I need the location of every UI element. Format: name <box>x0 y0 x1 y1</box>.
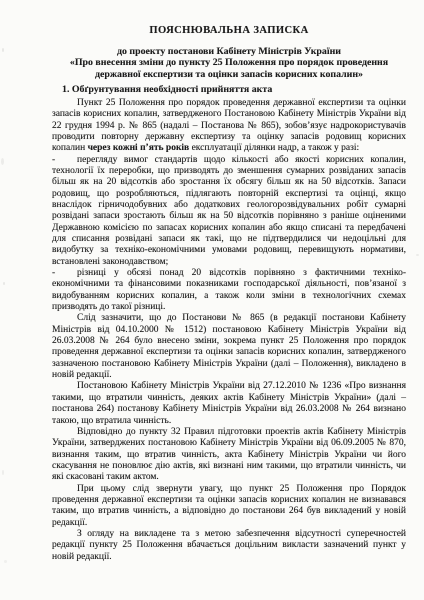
document-content: ПОЯСНЮВАЛЬНА ЗАПИСКА до проекту постанов… <box>52 25 406 563</box>
paragraph-1-bold-phrase: через кожні п’ять років <box>88 143 190 153</box>
list-dash-icon: - <box>52 155 77 166</box>
scan-speck <box>4 560 7 563</box>
section-1-body: Пункт 25 Положення про порядок проведенн… <box>52 98 406 563</box>
scan-speck <box>1 158 4 165</box>
scan-speck <box>2 48 4 52</box>
document-page: ПОЯСНЮВАЛЬНА ЗАПИСКА до проекту постанов… <box>0 0 424 600</box>
subtitle-line-3: державної експертизи та оцінки запасів к… <box>52 69 406 80</box>
paragraph-5: При цьому слід звернути увагу, що пункт … <box>52 484 406 529</box>
section-1-heading: 1. Обґрунтування необхідності прийняття … <box>52 84 406 95</box>
list-dash-icon: - <box>52 268 77 279</box>
scan-speck <box>416 254 419 256</box>
paragraph-4: Відповідно до пункту 32 Правил підготовк… <box>52 427 406 484</box>
document-title: ПОЯСНЮВАЛЬНА ЗАПИСКА <box>52 25 406 36</box>
list-item-2-text: різниці у обсязі понад 20 відсотків порі… <box>52 268 406 312</box>
paragraph-6: З огляду на викладене та з метою забезпе… <box>52 529 406 563</box>
paragraph-1-post: експлуатації ділянки надр, а також у раз… <box>189 143 359 153</box>
paragraph-2: Слід зазначити, що до Постанови № 865 (в… <box>52 313 406 381</box>
list-item-2: -різниці у обсязі понад 20 відсотків пор… <box>52 268 406 313</box>
scan-speck <box>3 282 5 285</box>
subtitle-line-2: «Про внесення зміни до пункту 25 Положен… <box>52 57 406 68</box>
list-item-1-text: перегляду вимог стандартів щодо кількост… <box>52 155 406 267</box>
list-item-1: -перегляду вимог стандартів щодо кількос… <box>52 155 406 268</box>
scan-speck <box>2 470 4 475</box>
subtitle-line-1: до проекту постанови Кабінету Міністрів … <box>52 46 406 57</box>
paragraph-1: Пункт 25 Положення про порядок проведенн… <box>52 98 406 155</box>
document-subtitle: до проекту постанови Кабінету Міністрів … <box>52 46 406 80</box>
paragraph-3: Постановою Кабінету Міністрів України ві… <box>52 381 406 426</box>
